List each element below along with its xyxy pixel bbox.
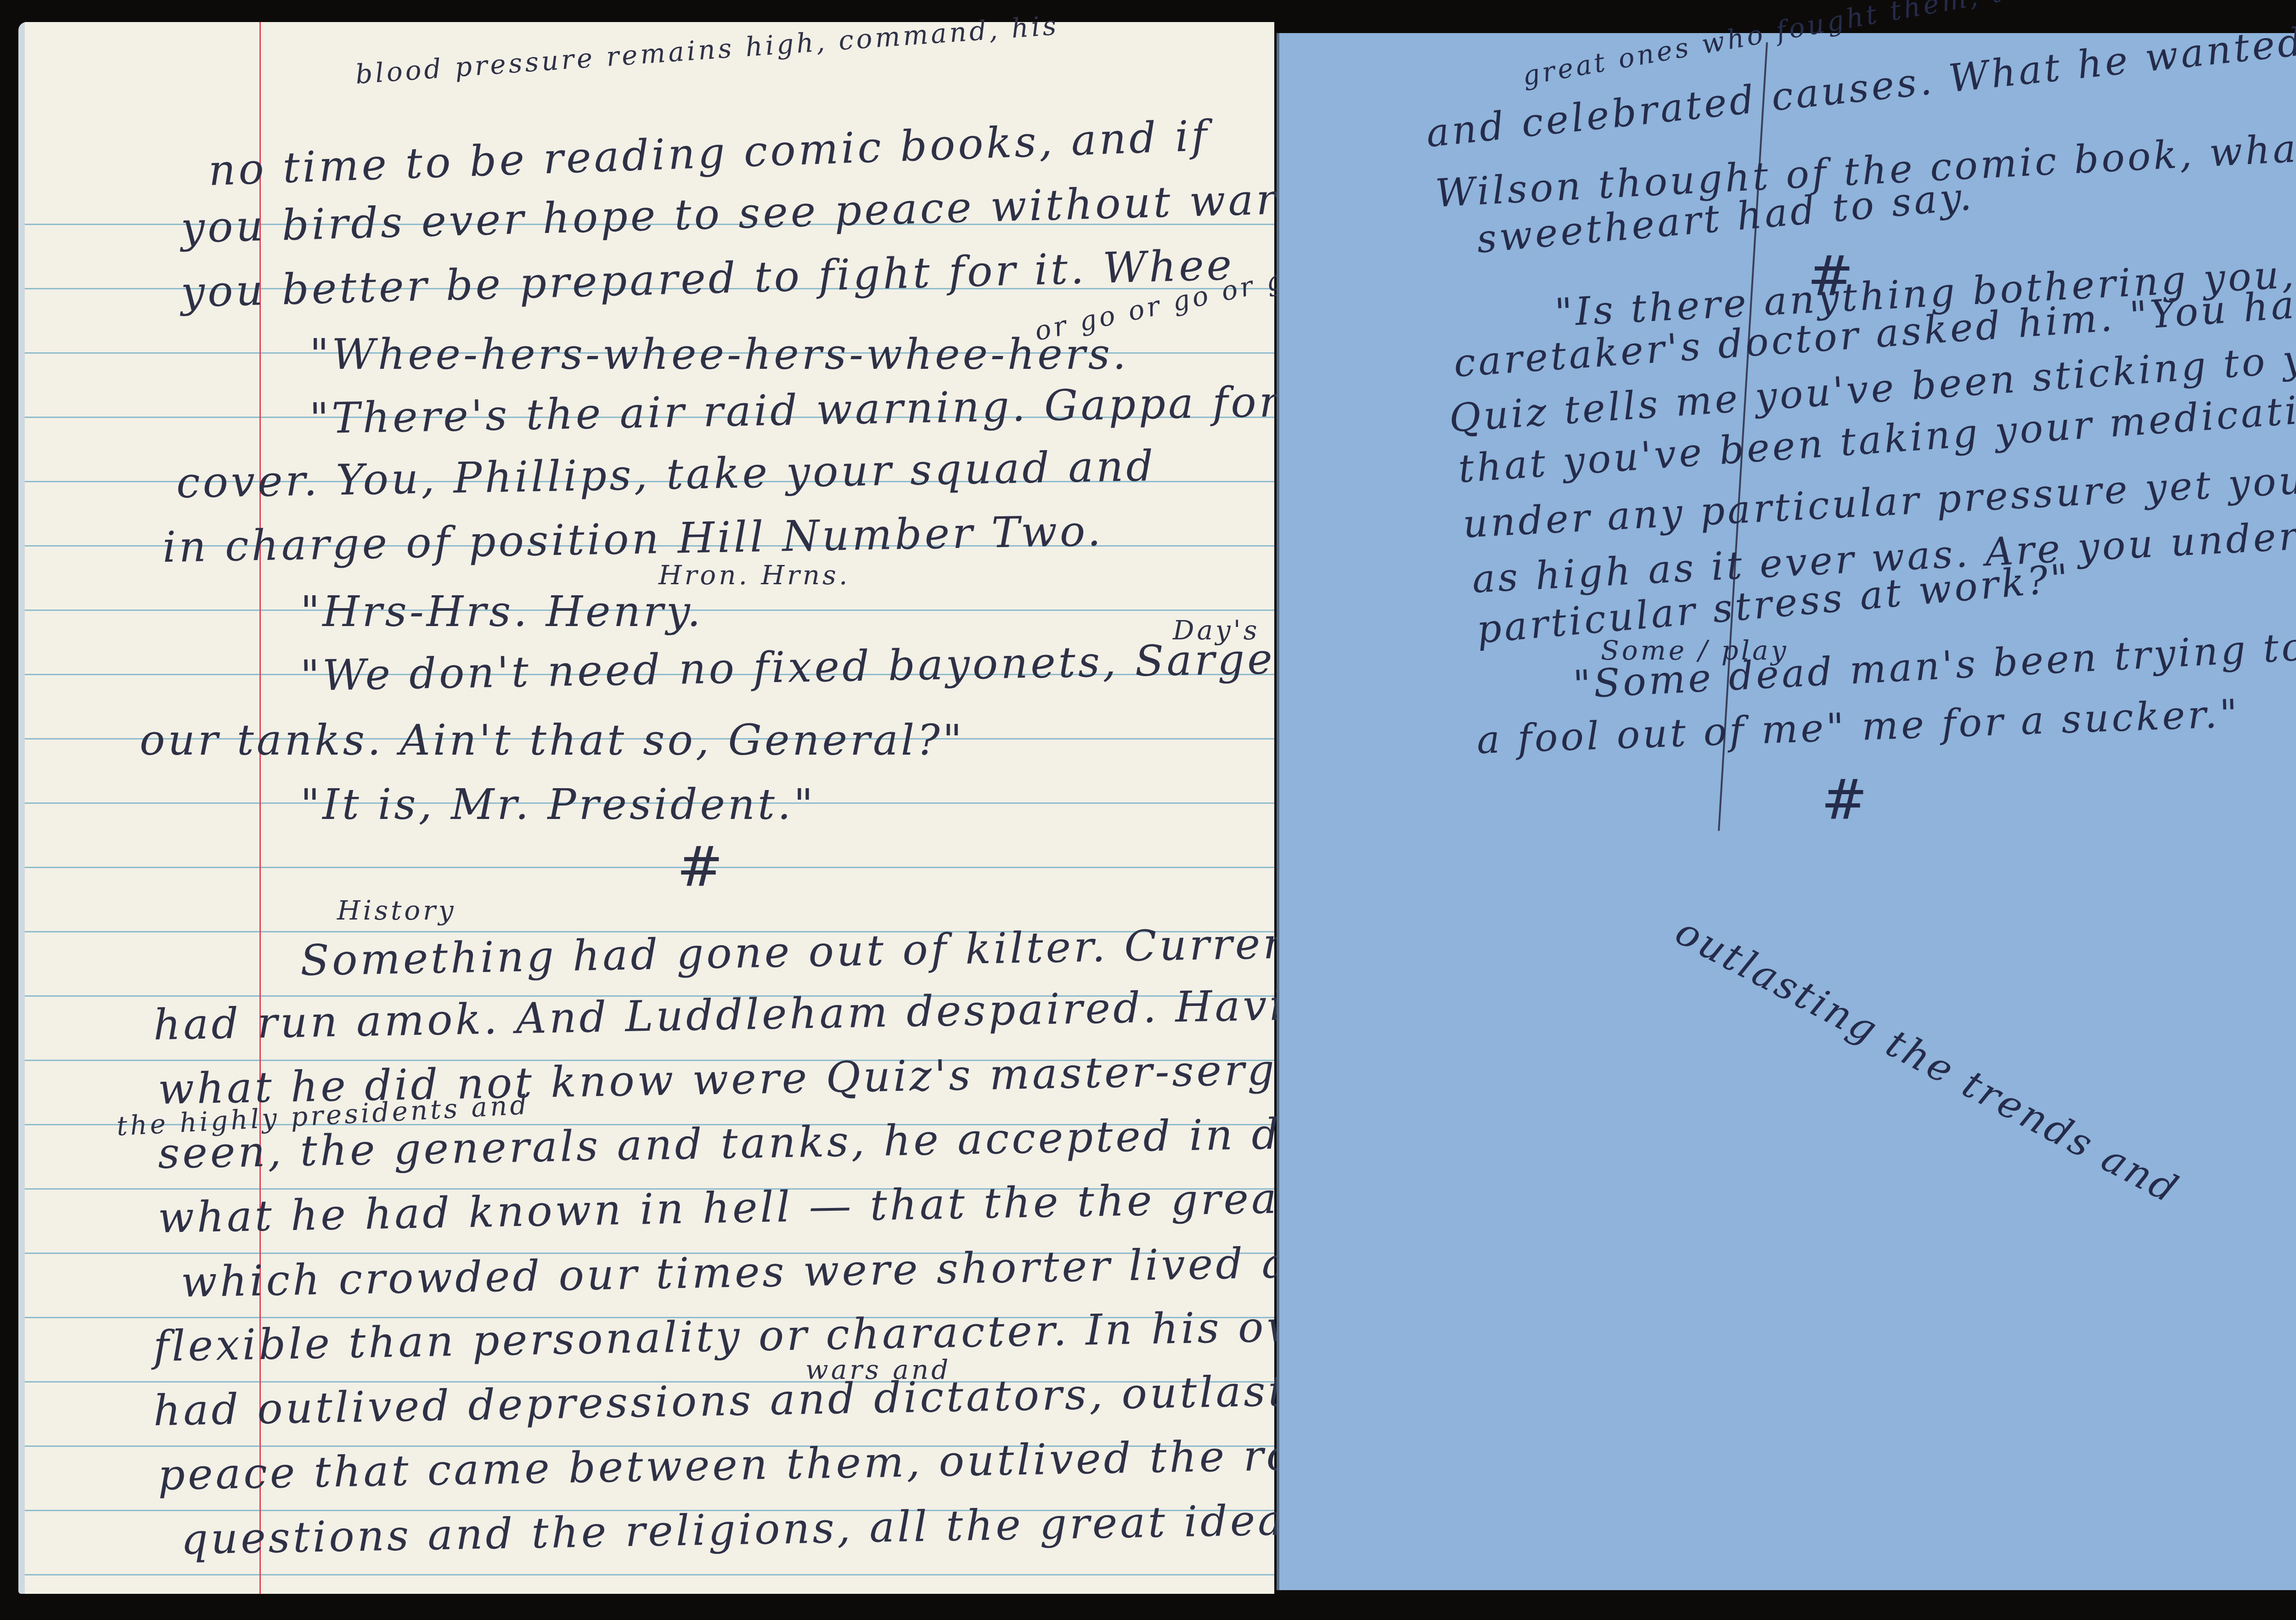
handwritten-line: outlasting the trends and	[1668, 909, 2187, 1213]
handwritten-line: "It is, Mr. President."	[300, 780, 816, 829]
section-break-hash: #	[1821, 768, 1870, 832]
handwritten-insertion: Day's	[1173, 615, 1260, 646]
handwritten-line: "Whee-hers-whee-hers-whee-hers.	[310, 330, 1129, 379]
handwritten-line: "There's the air raid warning. Gappa for…	[309, 375, 1376, 443]
handwritten-line: "Hrs-Hrs. Henry.	[300, 587, 703, 636]
handwritten-line: had run amok. And Luddleham despaired. H…	[153, 980, 1346, 1050]
handwritten-line: in charge of position Hill Number Two.	[162, 506, 1104, 572]
section-break-hash: #	[677, 835, 726, 899]
handwritten-line: our tanks. Ain't that so, General?"	[140, 716, 965, 765]
right-blue-page: great ones who fought them, the and cele…	[1277, 33, 2296, 1590]
handwritten-line: you better be prepared to fight for it. …	[180, 240, 1235, 317]
handwritten-line: questions and the religions, all the gre…	[180, 1495, 1311, 1564]
handwritten-line: what he had known in hell — that the the…	[158, 1170, 1463, 1242]
left-notebook-page: blood pressure remains high, command, hi…	[18, 22, 1274, 1594]
handwritten-line: cover. You, Phillips, take your squad an…	[176, 441, 1156, 508]
handwritten-insertion: Hron. Hrns.	[658, 559, 850, 591]
handwritten-insertion: History	[337, 895, 456, 926]
handwritten-line: peace that came between them, outlived t…	[158, 1430, 1339, 1500]
